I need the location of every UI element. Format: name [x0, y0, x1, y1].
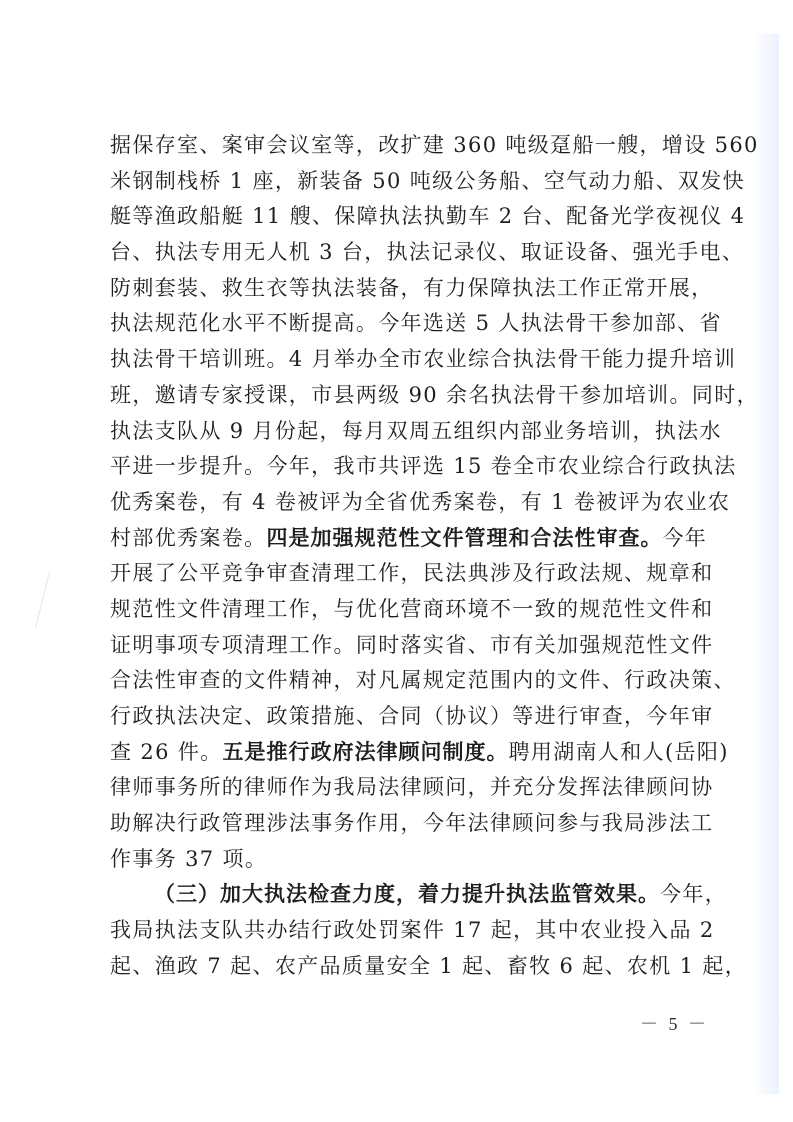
text-line: 平进一步提升。今年，我市共评选 15 卷全市农业综合行政执法: [110, 449, 690, 485]
text-line: 起、渔政 7 起、农产品质量安全 1 起、畜牧 6 起、农机 1 起，: [110, 949, 690, 985]
scan-edge-shadow: [753, 34, 779, 1094]
text-line: 执法支队从 9 月份起，每月双周五组织内部业务培训，执法水: [110, 414, 690, 450]
text-line-with-heading: 村部优秀案卷。四是加强规范性文件管理和合法性审查。今年: [110, 521, 690, 557]
margin-pencil-mark: [35, 572, 64, 628]
text-line: 开展了公平竞争审查清理工作，民法典涉及行政法规、规章和: [110, 556, 690, 592]
document-body: 据保存室、案审会议室等，改扩建 360 吨级趸船一艘，增设 560 米钢制栈桥 …: [110, 128, 690, 985]
text-line: 防刺套装、救生衣等执法装备，有力保障执法工作正常开展，: [110, 271, 690, 307]
inline-heading-five: 五是推行政府法律顾问制度。: [223, 740, 509, 764]
text-span: 聘用湖南人和人(岳阳): [509, 740, 729, 764]
text-line: 我局执法支队共办结行政处罚案件 17 起，其中农业投入品 2: [110, 913, 690, 949]
text-line: 合法性审查的文件精神，对凡属规定范围内的文件、行政决策、: [110, 663, 690, 699]
text-line: 律师事务所的律师作为我局法律顾问，并充分发挥法律顾问协: [110, 770, 690, 806]
text-line: 证明事项专项清理工作。同时落实省、市有关加强规范性文件: [110, 628, 690, 664]
text-line: 执法规范化水平不断提高。今年选送 5 人执法骨干参加部、省: [110, 306, 690, 342]
text-span: 查 26 件。: [110, 740, 223, 764]
page-number: － 5 －: [640, 1010, 709, 1036]
section-heading-three: （三）加大执法检查力度，着力提升执法监管效果。: [154, 882, 660, 906]
text-line: 艇等渔政船艇 11 艘、保障执法执勤车 2 台、配备光学夜视仪 4: [110, 199, 690, 235]
text-line: 执法骨干培训班。4 月举办全市农业综合执法骨干能力提升培训: [110, 342, 690, 378]
text-line: 作事务 37 项。: [110, 842, 690, 878]
text-span: 今年: [662, 526, 707, 550]
text-line: 优秀案卷，有 4 卷被评为全省优秀案卷，有 1 卷被评为农业农: [110, 485, 690, 521]
text-span: 今年，: [660, 882, 727, 906]
text-line: 行政执法决定、政策措施、合同（协议）等进行审查，今年审: [110, 699, 690, 735]
text-line: 台、执法专用无人机 3 台，执法记录仪、取证设备、强光手电、: [110, 235, 690, 271]
text-line: 规范性文件清理工作，与优化营商环境不一致的规范性文件和: [110, 592, 690, 628]
text-line-with-heading: 查 26 件。五是推行政府法律顾问制度。聘用湖南人和人(岳阳): [110, 735, 690, 771]
section-heading-line: （三）加大执法检查力度，着力提升执法监管效果。今年，: [110, 877, 690, 913]
text-line: 据保存室、案审会议室等，改扩建 360 吨级趸船一艘，增设 560: [110, 128, 690, 164]
text-span: 村部优秀案卷。: [110, 526, 266, 550]
text-line: 米钢制栈桥 1 座，新装备 50 吨级公务船、空气动力船、双发快: [110, 164, 690, 200]
text-line: 助解决行政管理涉法事务作用，今年法律顾问参与我局涉法工: [110, 806, 690, 842]
text-line: 班，邀请专家授课，市县两级 90 余名执法骨干参加培训。同时，: [110, 378, 690, 414]
inline-heading-four: 四是加强规范性文件管理和合法性审查。: [266, 526, 662, 550]
